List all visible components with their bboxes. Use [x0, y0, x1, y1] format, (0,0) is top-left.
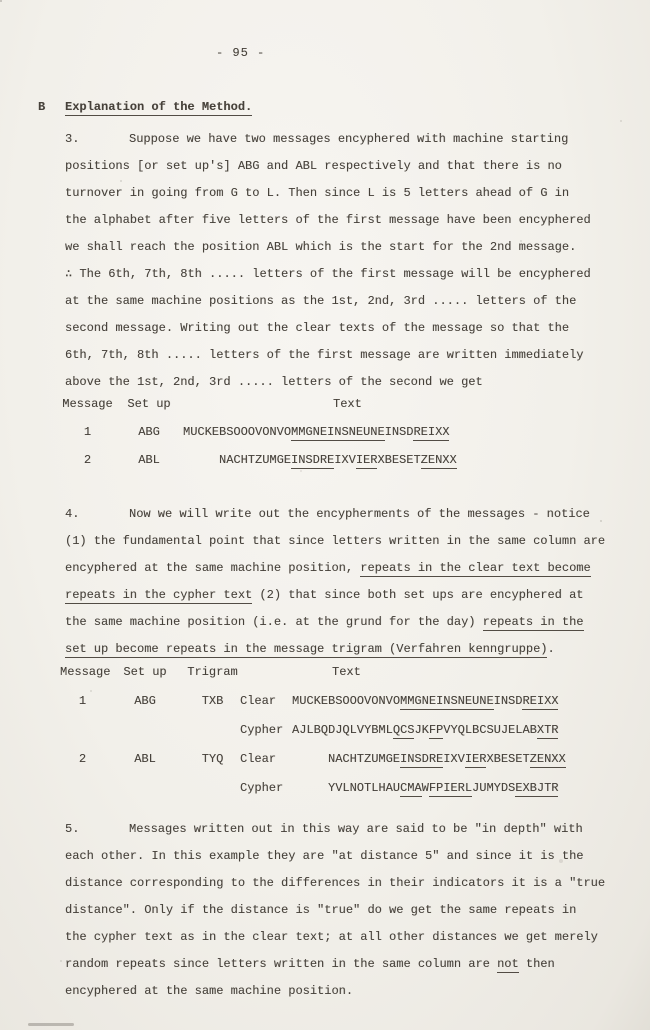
text-run: distance". Only if the distance is "true…: [65, 903, 576, 917]
encipherment-table: MessageSet upTrigramText1ABGTXBClearMUCK…: [0, 658, 650, 803]
text-run: MUCKEBSOOOVONVO: [183, 425, 291, 439]
text-run: .: [547, 642, 554, 656]
setup-value: ABL: [105, 745, 185, 774]
underlined-text: repeats in the: [483, 615, 584, 631]
text-run: ∴ The 6th, 7th, 8th ..... letters of the…: [65, 267, 591, 281]
setup-value: ABL: [115, 446, 183, 474]
underlined-text: RE: [413, 425, 427, 441]
text-run: at the same machine positions as the 1st…: [65, 294, 576, 308]
text-run: Suppose we have two messages encyphered …: [129, 132, 568, 146]
paragraph-line: the cypher text as in the clear text; at…: [65, 924, 631, 951]
column-header-text: Text: [183, 390, 650, 418]
underlined-text: IER: [465, 752, 487, 768]
text-run: we shall reach the position ABL which is…: [65, 240, 576, 254]
message-text: YVLNOTLHAUCMAWFPIERLJUMYDSEXBJTR: [292, 774, 650, 803]
text-run: encyphered at the same machine position,: [65, 561, 360, 575]
underlined-text: MMGNE: [400, 694, 436, 710]
paragraph-3: 3.Suppose we have two messages encyphere…: [65, 126, 631, 396]
text-run: MUCKEBSOOOVONVO: [292, 694, 400, 708]
paragraph-number: 5.: [65, 816, 79, 843]
trigram-value: TXB: [185, 687, 240, 716]
text-run: NACHTZUMGE: [328, 752, 400, 766]
underlined-text: INSDRE: [291, 453, 334, 469]
text-run: the cypher text as in the clear text; at…: [65, 930, 598, 944]
underlined-text: INSDRE: [400, 752, 443, 768]
text-run: random repeats since letters written in …: [65, 957, 497, 971]
underlined-text: not: [497, 957, 519, 973]
column-header-setup: Set up: [105, 658, 185, 687]
text-run: the same machine position (i.e. at the g…: [65, 615, 483, 629]
column-header-message: Message: [60, 390, 115, 418]
paragraph-line: distance corresponding to the difference…: [65, 870, 631, 897]
text-run: (1) the fundamental point that since let…: [65, 534, 605, 548]
paragraph-line: encyphered at the same machine position,…: [65, 555, 631, 582]
underlined-text: repeats in the cypher text: [65, 588, 252, 604]
column-header-message: Message: [60, 658, 105, 687]
section-heading: BExplanation of the Method.: [38, 100, 252, 114]
setup-value: ABG: [115, 418, 183, 446]
message-text: NACHTZUMGEINSDREIXVIERXBESETZENXX: [292, 745, 650, 774]
scan-smudge: [28, 1023, 74, 1026]
paragraph-line: the same machine position (i.e. at the g…: [65, 609, 631, 636]
paragraph-line: the alphabet after five letters of the f…: [65, 207, 631, 234]
message-text: NACHTZUMGEINSDREIXVIERXBESETZENXX: [183, 446, 650, 474]
paragraph-number: 4.: [65, 501, 79, 528]
paragraph-line: Suppose we have two messages encyphered …: [65, 126, 631, 153]
section-letter: B: [38, 100, 65, 114]
text-run: NACHTZUMGE: [219, 453, 291, 467]
section-title: Explanation of the Method.: [65, 100, 252, 116]
paragraph-line: at the same machine positions as the 1st…: [65, 288, 631, 315]
text-run: positions [or set up's] ABG and ABL resp…: [65, 159, 562, 173]
depth-alignment-table: MessageSet upText1ABGMUCKEBSOOOVONVOMMGN…: [0, 390, 650, 474]
paragraph-line: second message. Writing out the clear te…: [65, 315, 631, 342]
scanned-document-page: - 95 - BExplanation of the Method. 3.Sup…: [0, 0, 650, 1030]
message-text: MUCKEBSOOOVONVOMMGNEINSNEUNEINSDREIXX: [183, 418, 650, 446]
paragraph-number: 3.: [65, 126, 79, 153]
text-run: each other. In this example they are "at…: [65, 849, 583, 863]
paragraph-line: we shall reach the position ABL which is…: [65, 234, 631, 261]
underlined-text: ZENXX: [530, 752, 566, 768]
message-number: [60, 716, 105, 745]
table-header-row: MessageSet upText: [0, 390, 650, 418]
paragraph-line: random repeats since letters written in …: [65, 951, 631, 978]
text-run: then: [519, 957, 555, 971]
setup-value: [105, 716, 185, 745]
underlined-text: IER: [356, 453, 378, 469]
text-run: (2) that since both set ups are encypher…: [252, 588, 583, 602]
paragraph-line: distance". Only if the distance is "true…: [65, 897, 631, 924]
table-row: 2ABLTYQClearNACHTZUMGEINSDREIXVIERXBESET…: [0, 745, 650, 774]
paragraph-5: 5.Messages written out in this way are s…: [65, 816, 631, 1005]
text-run: encyphered at the same machine position.: [65, 984, 353, 998]
paragraph-line: turnover in going from G to L. Then sinc…: [65, 180, 631, 207]
column-header-text: Text: [292, 658, 650, 687]
table-row: 1ABGMUCKEBSOOOVONVOMMGNEINSNEUNEINSDREIX…: [0, 418, 650, 446]
underlined-text: INSNEUNE: [436, 694, 494, 710]
message-number: [60, 774, 105, 803]
text-run: W: [422, 781, 429, 795]
table-row: 2ABLNACHTZUMGEINSDREIXVIERXBESETZENXX: [0, 446, 650, 474]
text-run: XBESET: [377, 453, 420, 467]
underlined-text: XTR: [537, 723, 559, 739]
underlined-text: MMGNE: [291, 425, 327, 441]
underlined-text: IXX: [537, 694, 559, 710]
paragraph-line: each other. In this example they are "at…: [65, 843, 631, 870]
page-number: - 95 -: [216, 46, 265, 60]
column-header-setup: Set up: [115, 390, 183, 418]
underlined-text: EXBJTR: [515, 781, 558, 797]
underlined-text: ZENXX: [421, 453, 457, 469]
trigram-value: [185, 774, 240, 803]
column-header-spacer: [240, 658, 292, 687]
underlined-text: repeats in the clear text become: [360, 561, 590, 577]
text-run: above the 1st, 2nd, 3rd ..... letters of…: [65, 375, 483, 389]
underlined-text: INSNEUNE: [327, 425, 385, 441]
table-header-row: MessageSet upTrigramText: [0, 658, 650, 687]
paragraph-line: positions [or set up's] ABG and ABL resp…: [65, 153, 631, 180]
underlined-text: QCS: [393, 723, 415, 739]
message-number: 2: [60, 446, 115, 474]
text-run: Now we will write out the encypherments …: [129, 507, 590, 521]
text-run: VYQLBCSUJELAB: [443, 723, 537, 737]
text-run: JUMYDS: [472, 781, 515, 795]
underlined-text: CMA: [400, 781, 422, 797]
table-row: CypherYVLNOTLHAUCMAWFPIERLJUMYDSEXBJTR: [0, 774, 650, 803]
table-row: 1ABGTXBClearMUCKEBSOOOVONVOMMGNEINSNEUNE…: [0, 687, 650, 716]
text-type-label: Cypher: [240, 774, 292, 803]
text-run: INSD: [385, 425, 414, 439]
paragraph-line: 6th, 7th, 8th ..... letters of the first…: [65, 342, 631, 369]
trigram-value: TYQ: [185, 745, 240, 774]
message-number: 1: [60, 687, 105, 716]
text-run: AJLBQDJQLVYBML: [292, 723, 393, 737]
text-run: second message. Writing out the clear te…: [65, 321, 569, 335]
paragraph-line: (1) the fundamental point that since let…: [65, 528, 631, 555]
text-run: distance corresponding to the difference…: [65, 876, 605, 890]
message-text: MUCKEBSOOOVONVOMMGNEINSNEUNEINSDREIXX: [292, 687, 650, 716]
table-row: CypherAJLBQDJQLVYBMLQCSJKFPVYQLBCSUJELAB…: [0, 716, 650, 745]
paragraph-line: repeats in the cypher text (2) that sinc…: [65, 582, 631, 609]
text-run: IXV: [334, 453, 356, 467]
message-text: AJLBQDJQLVYBMLQCSJKFPVYQLBCSUJELABXTR: [292, 716, 650, 745]
text-run: JK: [414, 723, 428, 737]
paragraph-line: ∴ The 6th, 7th, 8th ..... letters of the…: [65, 261, 631, 288]
text-run: turnover in going from G to L. Then sinc…: [65, 186, 569, 200]
paragraph-4: 4.Now we will write out the encypherment…: [65, 501, 631, 663]
text-run: YVLNOTLHAU: [328, 781, 400, 795]
underlined-text: FP: [429, 723, 443, 739]
text-run: INSD: [494, 694, 523, 708]
text-type-label: Clear: [240, 687, 292, 716]
text-run: the alphabet after five letters of the f…: [65, 213, 591, 227]
underlined-text: IXX: [428, 425, 450, 441]
paragraph-line: encyphered at the same machine position.: [65, 978, 631, 1005]
setup-value: ABG: [105, 687, 185, 716]
underlined-text: set up become repeats in the message tri…: [65, 642, 547, 658]
column-header-trigram: Trigram: [185, 658, 240, 687]
paragraph-line: Messages written out in this way are sai…: [65, 816, 631, 843]
underlined-text: RE: [522, 694, 536, 710]
text-type-label: Clear: [240, 745, 292, 774]
text-run: Messages written out in this way are sai…: [129, 822, 583, 836]
message-number: 2: [60, 745, 105, 774]
text-run: 6th, 7th, 8th ..... letters of the first…: [65, 348, 583, 362]
setup-value: [105, 774, 185, 803]
text-run: XBESET: [486, 752, 529, 766]
message-number: 1: [60, 418, 115, 446]
paragraph-line: Now we will write out the encypherments …: [65, 501, 631, 528]
underlined-text: FPIERL: [429, 781, 472, 797]
text-type-label: Cypher: [240, 716, 292, 745]
trigram-value: [185, 716, 240, 745]
text-run: IXV: [443, 752, 465, 766]
